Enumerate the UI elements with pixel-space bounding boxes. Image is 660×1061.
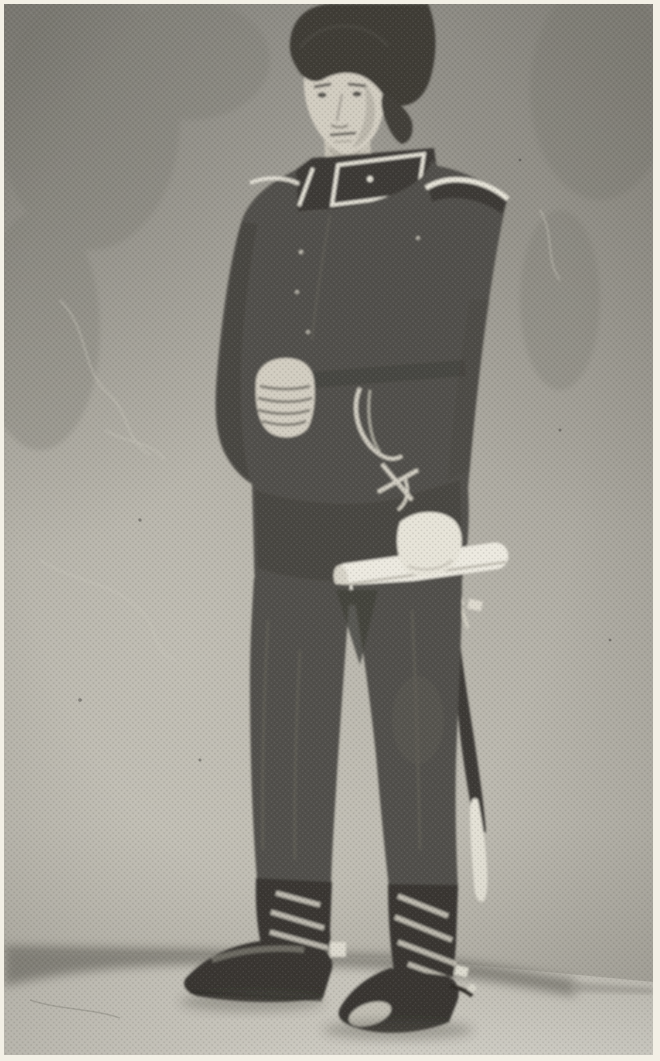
vignette <box>4 4 653 1055</box>
soldier-portrait-photo <box>0 0 660 1061</box>
photo-area <box>0 0 660 1055</box>
photograph <box>0 0 660 1061</box>
